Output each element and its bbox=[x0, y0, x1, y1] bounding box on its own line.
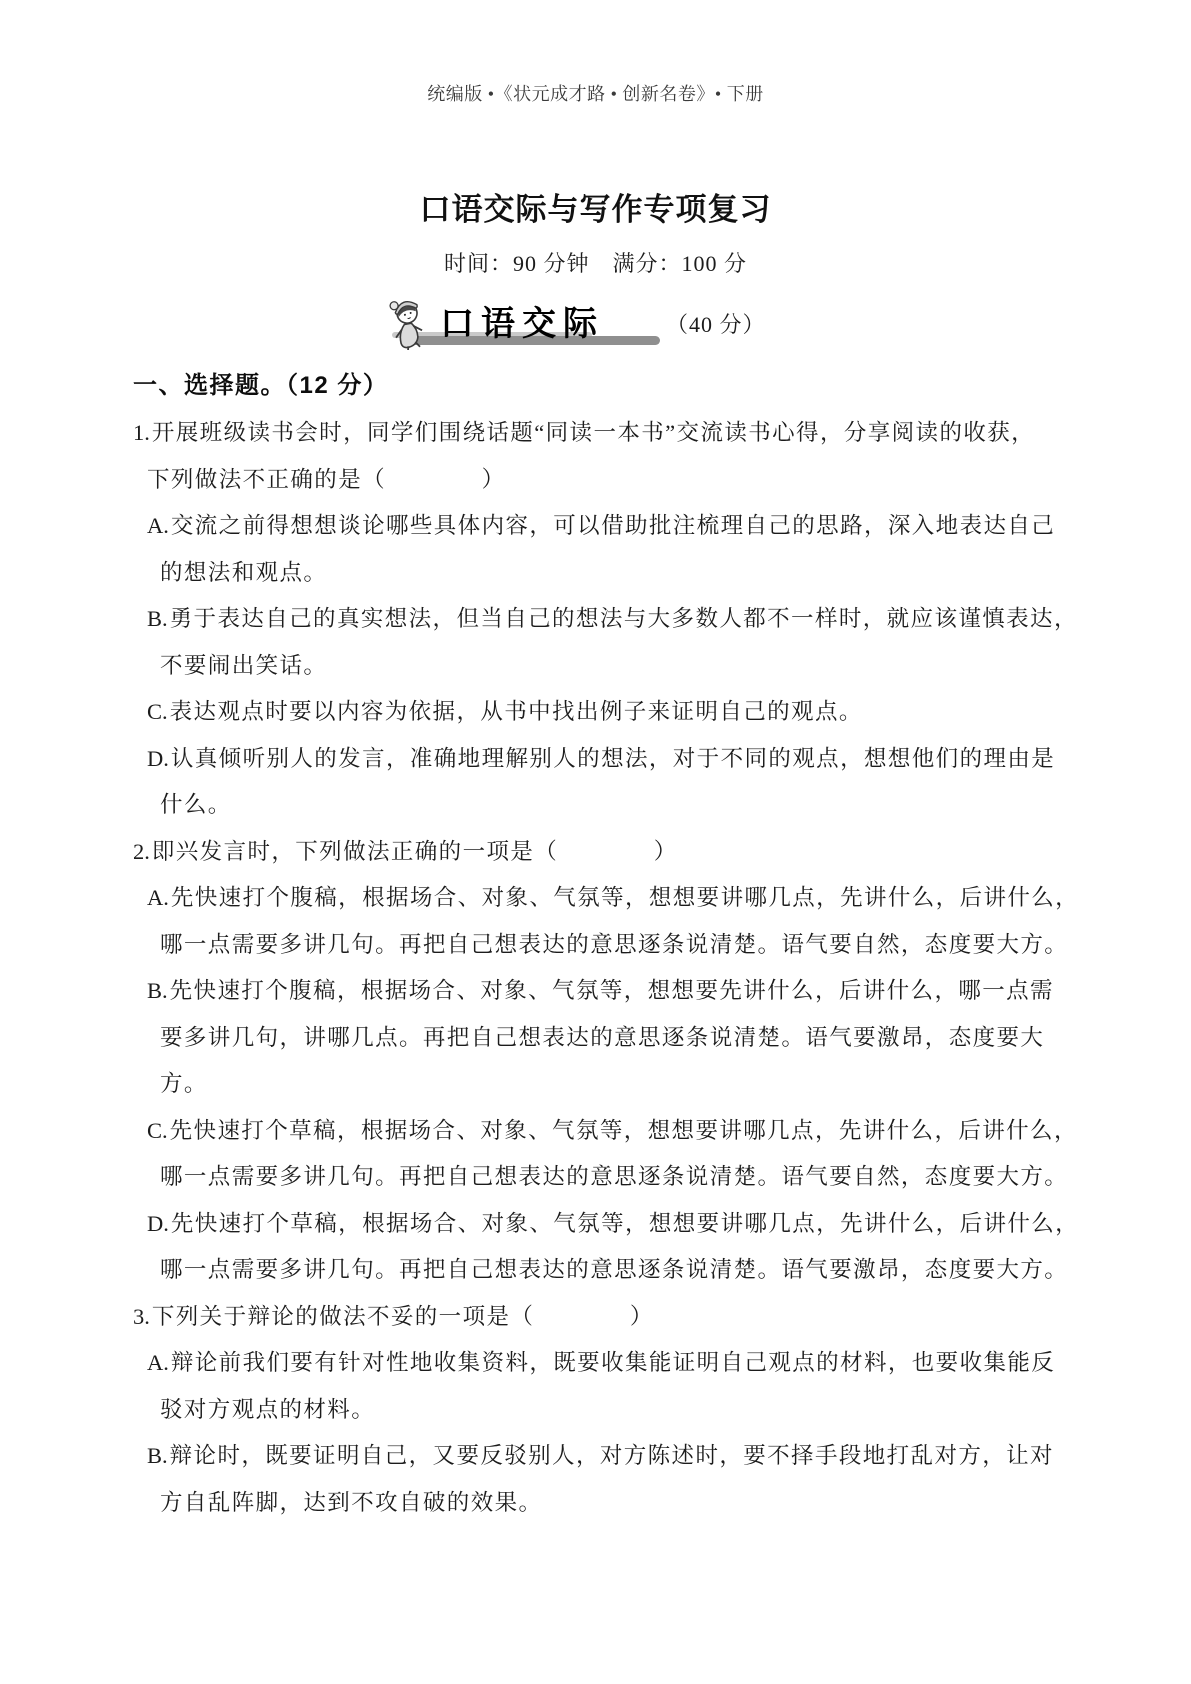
line-text: 勇于表达自己的真实想法，但当自己的想法与大多数人都不一样时，就应该谨慎表达， bbox=[170, 606, 1078, 631]
line-text: 辩论前我们要有针对性地收集资料，既要收集能证明自己观点的材料，也要收集能反 bbox=[171, 1350, 1055, 1375]
line-number: 3. bbox=[133, 1304, 150, 1329]
line-number: 1. bbox=[133, 420, 150, 445]
line-text: 先快速打个腹稿，根据场合、对象、气氛等，想想要先讲什么，后讲什么，哪一点需 bbox=[170, 978, 1054, 1003]
line-text: 哪一点需要多讲几句。再把自己想表达的意思逐条说清楚。语气要自然，态度要大方。 bbox=[160, 932, 1068, 957]
option-line: 什么。 bbox=[0, 782, 1191, 829]
line-text: 先快速打个腹稿，根据场合、对象、气氛等，想想要讲哪几点，先讲什么，后讲什么， bbox=[171, 885, 1079, 910]
line-number: B. bbox=[147, 978, 168, 1003]
line-number: A. bbox=[147, 513, 169, 538]
option-line: 哪一点需要多讲几句。再把自己想表达的意思逐条说清楚。语气要自然，态度要大方。 bbox=[0, 922, 1191, 969]
line-number: A. bbox=[147, 885, 169, 910]
line-text: 下列做法不正确的是（ ） bbox=[147, 467, 506, 492]
line-text: 辩论时，既要证明自己，又要反驳别人，对方陈述时，要不择手段地打乱对方，让对 bbox=[170, 1443, 1054, 1468]
page-title: 口语交际与写作专项复习 bbox=[0, 184, 1191, 229]
line-text: 即兴发言时，下列做法正确的一项是（ ） bbox=[152, 839, 678, 864]
line-text: 开展班级读书会时，同学们围绕话题“同读一本书”交流读书心得，分享阅读的收获， bbox=[152, 420, 1035, 445]
line-number: B. bbox=[147, 606, 168, 631]
option-line: 方自乱阵脚，达到不攻自破的效果。 bbox=[0, 1480, 1191, 1527]
option-line: 哪一点需要多讲几句。再把自己想表达的意思逐条说清楚。语气要自然，态度要大方。 bbox=[0, 1154, 1191, 1201]
time-score-meta: 时间：90 分钟 满分：100 分 bbox=[0, 247, 1191, 278]
option-line: 不要闹出笑话。 bbox=[0, 643, 1191, 690]
line-text: 方自乱阵脚，达到不攻自破的效果。 bbox=[160, 1490, 542, 1515]
line-number: 2. bbox=[133, 839, 150, 864]
question-line: 2.即兴发言时，下列做法正确的一项是（ ） bbox=[0, 829, 1191, 876]
body-lines: 1.开展班级读书会时，同学们围绕话题“同读一本书”交流读书心得，分享阅读的收获，… bbox=[0, 410, 1191, 1526]
option-line: B.勇于表达自己的真实想法，但当自己的想法与大多数人都不一样时，就应该谨慎表达， bbox=[0, 596, 1191, 643]
part1-heading: 一、选择题。（12 分） bbox=[0, 364, 1191, 408]
line-text: 不要闹出笑话。 bbox=[160, 653, 327, 678]
line-text: 什么。 bbox=[160, 792, 232, 817]
line-number: D. bbox=[147, 1211, 169, 1236]
edition-header: 统编版 •《状元成才路 • 创新名卷》• 下册 bbox=[0, 0, 1191, 106]
option-line: 驳对方观点的材料。 bbox=[0, 1387, 1191, 1434]
line-text: 的想法和观点。 bbox=[160, 560, 327, 585]
line-text: 先快速打个草稿，根据场合、对象、气氛等，想想要讲哪几点，先讲什么，后讲什么， bbox=[171, 1211, 1079, 1236]
option-line: C.表达观点时要以内容为依据，从书中找出例子来证明自己的观点。 bbox=[0, 689, 1191, 736]
line-number: A. bbox=[147, 1350, 169, 1375]
line-text: 先快速打个草稿，根据场合、对象、气氛等，想想要讲哪几点，先讲什么，后讲什么， bbox=[170, 1118, 1078, 1143]
option-line: 要多讲几句，讲哪几点。再把自己想表达的意思逐条说清楚。语气要激昂，态度要大 bbox=[0, 1015, 1191, 1062]
child-mascot-icon bbox=[386, 292, 438, 350]
option-line: C.先快速打个草稿，根据场合、对象、气氛等，想想要讲哪几点，先讲什么，后讲什么， bbox=[0, 1108, 1191, 1155]
question-line: 下列做法不正确的是（ ） bbox=[0, 457, 1191, 504]
option-line: A.交流之前得想想谈论哪些具体内容，可以借助批注梳理自己的思路，深入地表达自己 bbox=[0, 503, 1191, 550]
option-line: D.认真倾听别人的发言，准确地理解别人的想法，对于不同的观点，想想他们的理由是 bbox=[0, 736, 1191, 783]
option-line: A.辩论前我们要有针对性地收集资料，既要收集能证明自己观点的材料，也要收集能反 bbox=[0, 1340, 1191, 1387]
section-banner-score: （40 分） bbox=[666, 308, 766, 339]
line-text: 要多讲几句，讲哪几点。再把自己想表达的意思逐条说清楚。语气要激昂，态度要大 bbox=[160, 1025, 1044, 1050]
line-number: B. bbox=[147, 1443, 168, 1468]
line-number: C. bbox=[147, 1118, 168, 1143]
option-line: B.辩论时，既要证明自己，又要反驳别人，对方陈述时，要不择手段地打乱对方，让对 bbox=[0, 1433, 1191, 1480]
option-line: 哪一点需要多讲几句。再把自己想表达的意思逐条说清楚。语气要激昂，态度要大方。 bbox=[0, 1247, 1191, 1294]
option-line: D.先快速打个草稿，根据场合、对象、气氛等，想想要讲哪几点，先讲什么，后讲什么， bbox=[0, 1201, 1191, 1248]
line-text: 驳对方观点的材料。 bbox=[160, 1397, 375, 1422]
question-line: 3.下列关于辩论的做法不妥的一项是（ ） bbox=[0, 1294, 1191, 1341]
question-line: 1.开展班级读书会时，同学们围绕话题“同读一本书”交流读书心得，分享阅读的收获， bbox=[0, 410, 1191, 457]
line-number: C. bbox=[147, 699, 168, 724]
option-line: 方。 bbox=[0, 1061, 1191, 1108]
line-text: 方。 bbox=[160, 1071, 208, 1096]
line-text: 下列关于辩论的做法不妥的一项是（ ） bbox=[152, 1304, 654, 1329]
section-banner: 口语交际 （40 分） bbox=[0, 292, 1191, 354]
option-line: B.先快速打个腹稿，根据场合、对象、气氛等，想想要先讲什么，后讲什么，哪一点需 bbox=[0, 968, 1191, 1015]
test-paper-page: 统编版 •《状元成才路 • 创新名卷》• 下册 口语交际与写作专项复习 时间：9… bbox=[0, 0, 1191, 1684]
line-text: 哪一点需要多讲几句。再把自己想表达的意思逐条说清楚。语气要激昂，态度要大方。 bbox=[160, 1257, 1068, 1282]
line-text: 哪一点需要多讲几句。再把自己想表达的意思逐条说清楚。语气要自然，态度要大方。 bbox=[160, 1164, 1068, 1189]
line-text: 交流之前得想想谈论哪些具体内容，可以借助批注梳理自己的思路，深入地表达自己 bbox=[171, 513, 1055, 538]
option-line: 的想法和观点。 bbox=[0, 550, 1191, 597]
line-text: 认真倾听别人的发言，准确地理解别人的想法，对于不同的观点，想想他们的理由是 bbox=[171, 746, 1055, 771]
option-line: A.先快速打个腹稿，根据场合、对象、气氛等，想想要讲哪几点，先讲什么，后讲什么， bbox=[0, 875, 1191, 922]
line-number: D. bbox=[147, 746, 169, 771]
section-banner-label: 口语交际 bbox=[440, 296, 604, 345]
line-text: 表达观点时要以内容为依据，从书中找出例子来证明自己的观点。 bbox=[170, 699, 863, 724]
